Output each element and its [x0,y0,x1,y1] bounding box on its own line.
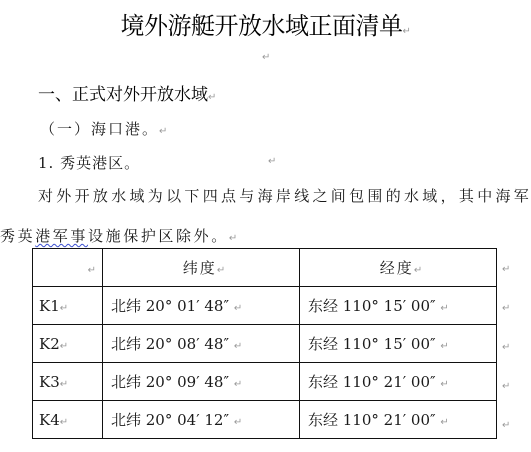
spellcheck-flagged-text[interactable]: 港军事 [35,227,88,245]
row-end-mark-icon: ↵ [502,342,510,353]
header-cell-longitude: 经度↵ [300,249,497,287]
cell-longitude: 东经 110° 21′ 00″ ↵ [300,363,497,401]
cell-longitude: 东经 110° 15′ 00″ ↵ [300,287,497,325]
cell-mark-icon: ↵ [88,265,96,276]
document-title: 境外游艇开放水域正面清单↵ [0,6,531,41]
cell-mark-icon: ↵ [60,303,68,314]
row-end-mark-icon: ↵ [502,381,510,392]
body-paragraph-line-2: 秀英港军事设施保护区除外。↵ [0,225,240,246]
item-heading: 1. 秀英港区。↵ [38,152,140,173]
cell-latitude: 北纬 20° 01′ 48″ ↵ [103,287,300,325]
body-text: 秀英 [0,227,35,245]
cell-latitude: 北纬 20° 09′ 48″ ↵ [103,363,300,401]
cell-point: K2↵ [33,325,103,363]
section-heading: 一、正式对外开放水域↵ [38,80,216,105]
cell-mark-icon: ↵ [217,265,227,276]
cell-mark-icon: ↵ [234,379,242,390]
row-end-mark-icon: ↵ [502,264,510,275]
item-heading-text: 1. 秀英港区。 [38,154,140,172]
coordinates-table: ↵ 纬度↵ 经度↵ K1↵ 北纬 20° 01′ 48″ ↵ 东经 110° 1… [32,248,497,439]
body-text: 设施保护区除外。 [88,227,229,245]
cell-longitude: 东经 110° 21′ 00″ ↵ [300,401,497,439]
table-header-row: ↵ 纬度↵ 经度↵ [33,249,497,287]
row-end-mark-icon: ↵ [502,303,510,314]
paragraph-mark-icon: ↵ [268,156,277,167]
cell-mark-icon: ↵ [60,379,68,390]
table-row: K4↵ 北纬 20° 04′ 12″ ↵ 东经 110° 21′ 00″ ↵ [33,401,497,439]
table-row: K2↵ 北纬 20° 08′ 48″ ↵ 东经 110° 15′ 00″ ↵ [33,325,497,363]
paragraph-mark-icon: ↵ [403,26,411,37]
table-row: K3↵ 北纬 20° 09′ 48″ ↵ 东经 110° 21′ 00″ ↵ [33,363,497,401]
body-paragraph-line-1: 对外开放水域为以下四点与海岸线之间包围的水域，其中海军 [38,185,531,206]
cell-point: K3↵ [33,363,103,401]
header-cell-point: ↵ [33,249,103,287]
paragraph-mark-icon: ↵ [208,92,216,103]
paragraph-mark-icon: ↵ [262,52,270,63]
section-heading-text: 一、正式对外开放水域 [38,85,208,105]
cell-latitude: 北纬 20° 04′ 12″ ↵ [103,401,300,439]
cell-mark-icon: ↵ [440,341,448,352]
cell-latitude: 北纬 20° 08′ 48″ ↵ [103,325,300,363]
cell-mark-icon: ↵ [440,303,448,314]
cell-mark-icon: ↵ [60,417,68,428]
subsection-heading-text: （一）海口港。 [40,120,159,138]
cell-mark-icon: ↵ [440,417,448,428]
cell-mark-icon: ↵ [234,341,242,352]
subsection-heading: （一）海口港。↵ [40,118,169,139]
table-row: K1↵ 北纬 20° 01′ 48″ ↵ 东经 110° 15′ 00″ ↵ [33,287,497,325]
document-title-text: 境外游艇开放水域正面清单 [121,12,403,40]
cell-mark-icon: ↵ [414,265,424,276]
cell-mark-icon: ↵ [234,303,242,314]
cell-mark-icon: ↵ [440,379,448,390]
cell-mark-icon: ↵ [234,417,242,428]
paragraph-mark-icon: ↵ [159,126,169,137]
cell-mark-icon: ↵ [60,341,68,352]
cell-point: K1↵ [33,287,103,325]
paragraph-mark-icon: ↵ [229,233,240,244]
header-cell-latitude: 纬度↵ [103,249,300,287]
row-end-mark-icon: ↵ [502,420,510,431]
cell-point: K4↵ [33,401,103,439]
cell-longitude: 东经 110° 15′ 00″ ↵ [300,325,497,363]
